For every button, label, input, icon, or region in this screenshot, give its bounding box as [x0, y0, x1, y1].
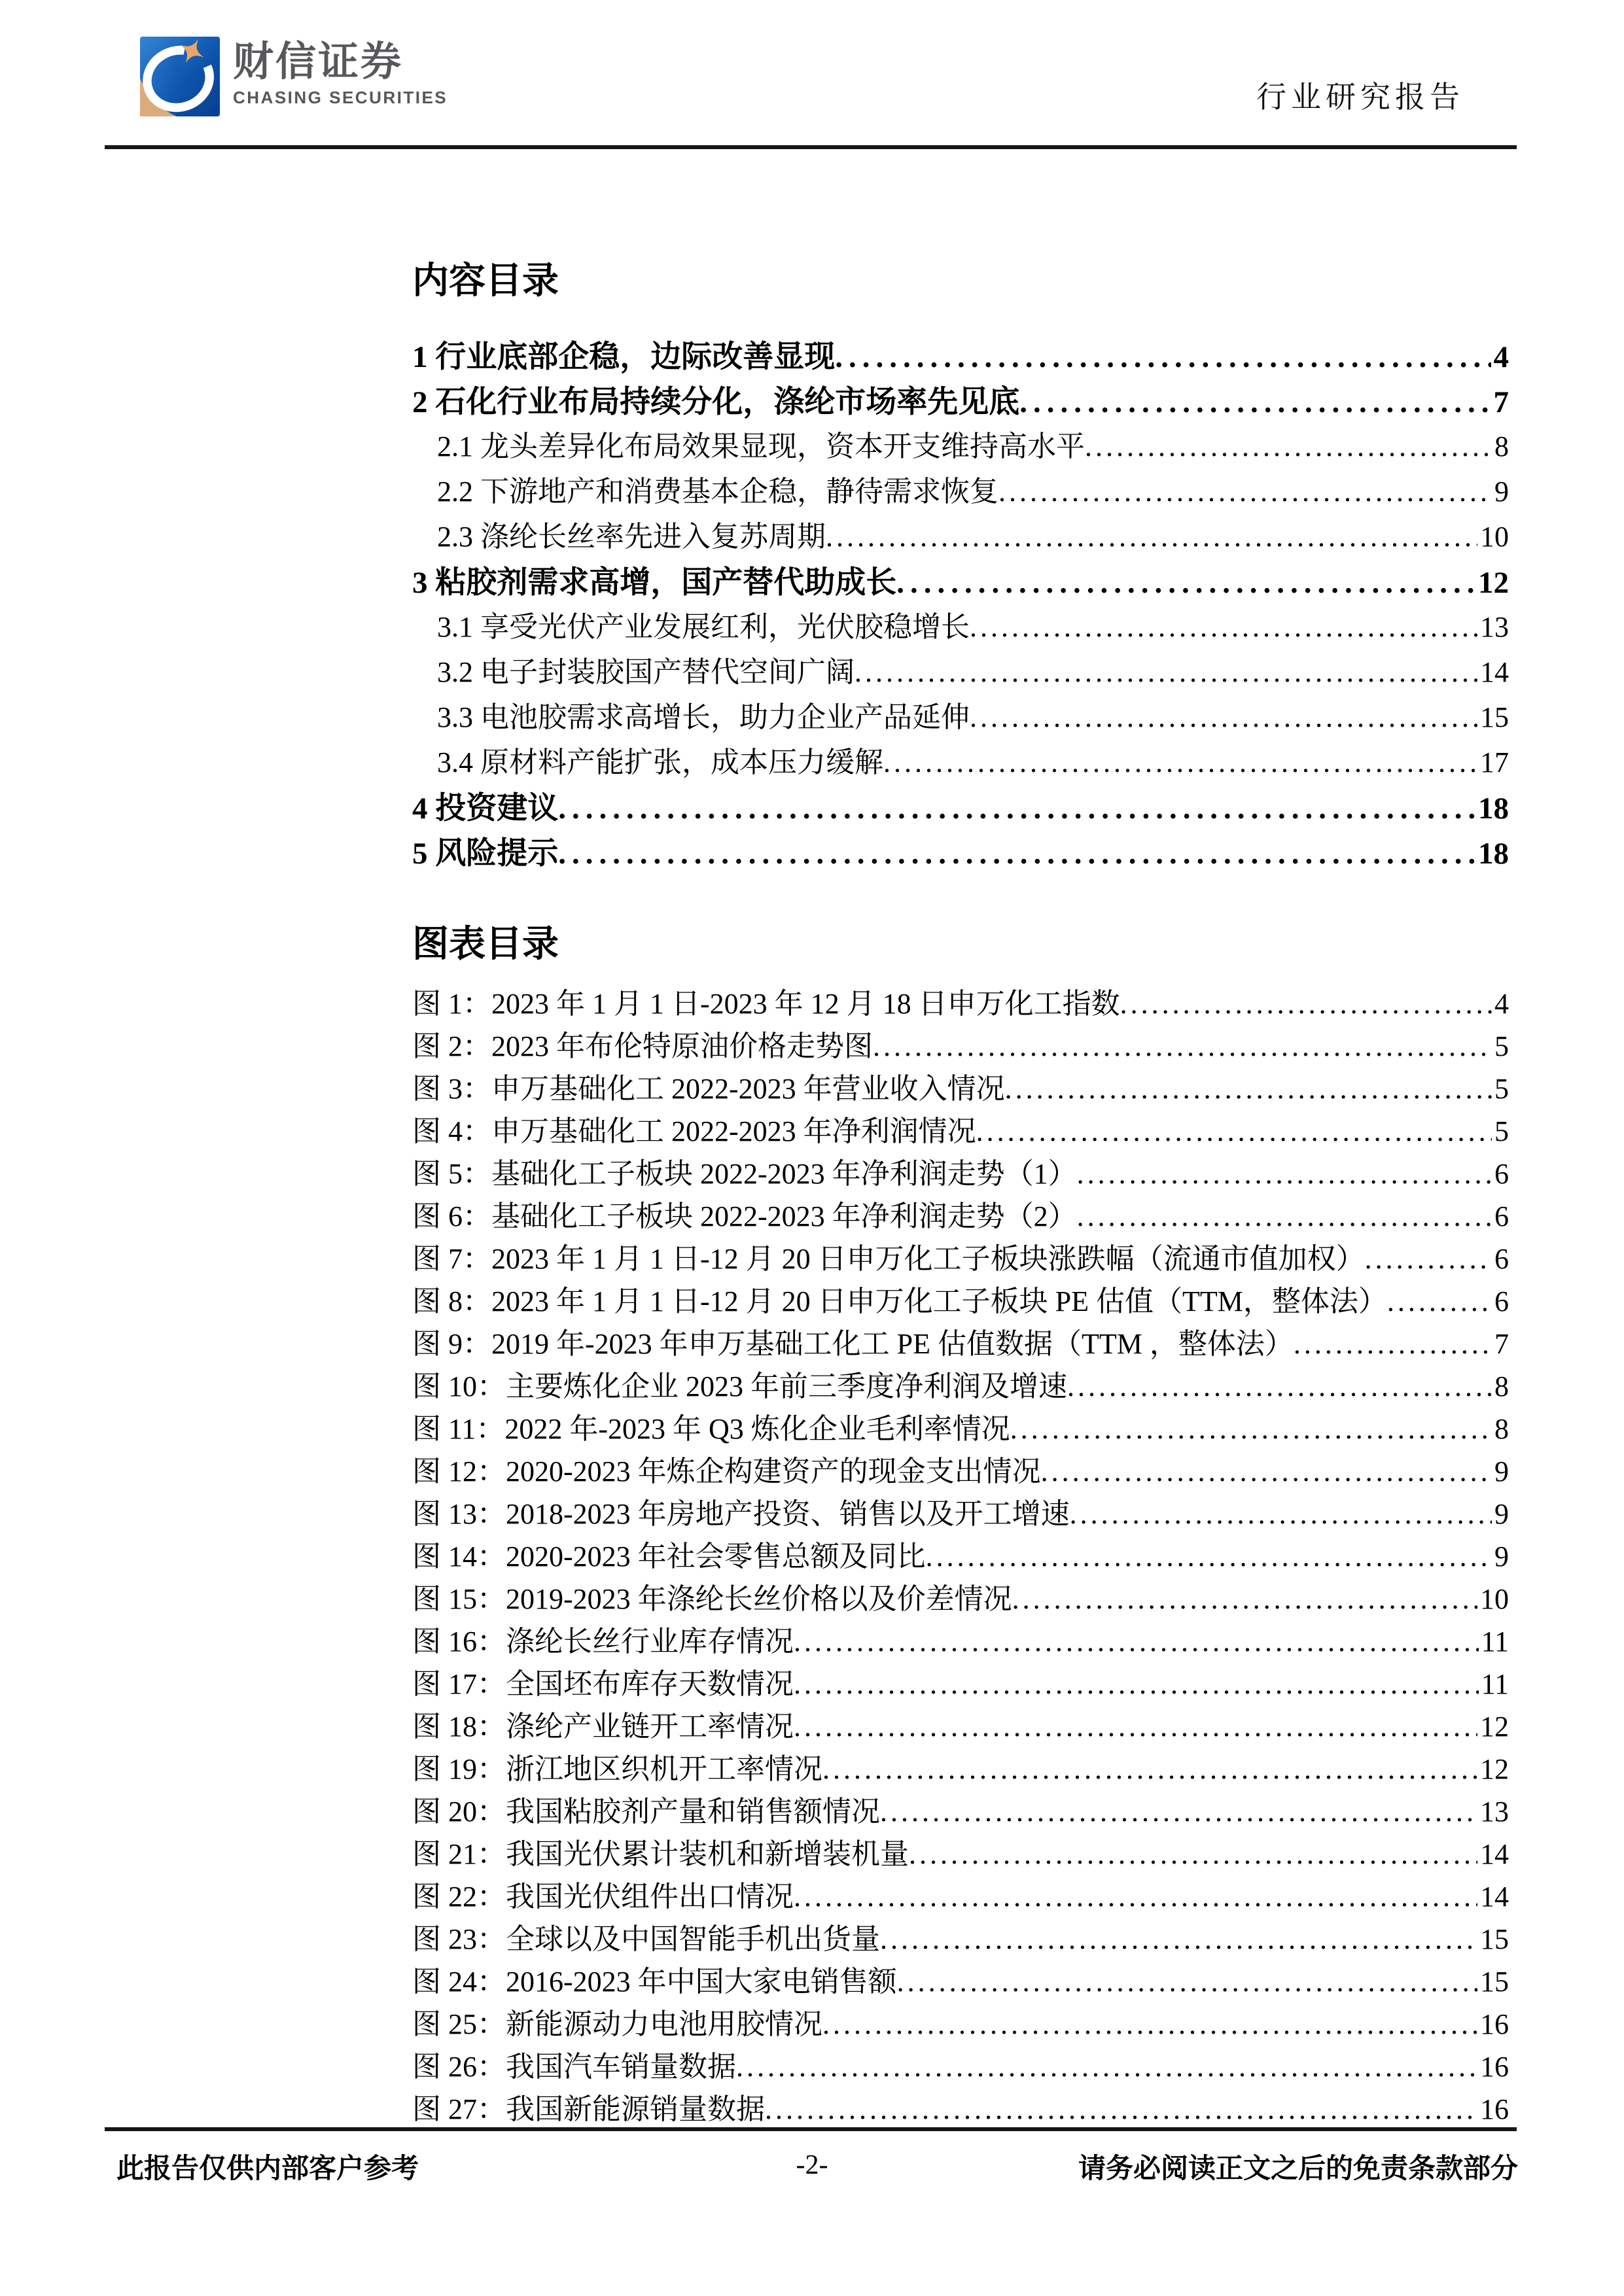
figure-entry-page: 16 — [1477, 2093, 1509, 2126]
figure-entry-page: 9 — [1492, 1455, 1509, 1488]
dot-leader — [896, 565, 1475, 600]
figure-entry-label: 图 11：2022 年-2023 年 Q3 炼化企业毛利率情况 — [412, 1405, 1010, 1447]
figure-entry-page: 9 — [1492, 1497, 1509, 1531]
toc-entry: 3.2 电子封装胶国产替代空间广阔14 — [412, 648, 1509, 693]
figure-entry-label: 图 14：2020-2023 年社会零售总额及同比 — [412, 1533, 926, 1574]
figure-entry: 图 21：我国光伏累计装机和新增装机量14 — [412, 1830, 1509, 1873]
figure-entry-page: 5 — [1492, 1072, 1509, 1105]
toc-entry-label: 3.1 享受光伏产业发展红利，光伏胶稳增长 — [437, 603, 970, 645]
figure-entry-page: 16 — [1477, 2008, 1509, 2041]
figure-entry: 图 8：2023 年 1 月 1 日-12 月 20 日申万化工子板块 PE 估… — [412, 1278, 1509, 1320]
dot-leader — [880, 1795, 1477, 1828]
figure-entry: 图 11：2022 年-2023 年 Q3 炼化企业毛利率情况8 — [412, 1405, 1509, 1448]
figure-entry-label: 图 15：2019-2023 年涤纶长丝价格以及价差情况 — [412, 1575, 1012, 1617]
figure-entry: 图 27：我国新能源销量数据16 — [412, 2085, 1509, 2128]
toc-entry-label: 3.4 原材料产能扩张，成本压力缓解 — [437, 739, 883, 780]
figure-entry-page: 4 — [1492, 987, 1509, 1020]
figure-entry-label: 图 3：申万基础化工 2022-2023 年营业收入情况 — [412, 1065, 1005, 1107]
dot-leader — [855, 655, 1477, 689]
figure-entry-label: 图 18：涤纶产业链开工率情况 — [412, 1703, 794, 1745]
figure-entry-label: 图 25：新能源动力电池用胶情况 — [412, 2000, 822, 2042]
figure-entry-page: 9 — [1492, 1540, 1509, 1573]
figure-entry-page: 13 — [1477, 1795, 1509, 1828]
figure-entry-page: 14 — [1477, 1880, 1509, 1913]
figure-entry-page: 12 — [1477, 1752, 1509, 1786]
toc-entry-page: 18 — [1475, 791, 1509, 826]
figure-entry-label: 图 22：我国光伏组件出口情况 — [412, 1873, 794, 1915]
toc-entry-label: 2.1 龙头差异化布局效果显现，资本开支维持高水平 — [437, 423, 1085, 464]
figure-entry-page: 16 — [1477, 2050, 1509, 2083]
toc-entry: 2 石化行业布局持续分化，涤纶市场率先见底7 — [412, 377, 1509, 423]
content-column: 内容目录 1 行业底部企稳，边际改善显现4 2 石化行业布局持续分化，涤纶市场率… — [412, 263, 1509, 2128]
figure-entry-label: 图 17：全国坯布库存天数情况 — [412, 1660, 794, 1702]
figure-entry: 图 20：我国粘胶剂产量和销售额情况13 — [412, 1788, 1509, 1830]
brand-name-en: CHASING SECURITIES — [233, 89, 448, 106]
toc-entry: 3.1 享受光伏产业发展红利，光伏胶稳增长13 — [412, 603, 1509, 648]
figure-entry: 图 18：涤纶产业链开工率情况12 — [412, 1703, 1509, 1745]
figures-title: 图表目录 — [412, 926, 1509, 963]
figure-list: 图 1：2023 年 1 月 1 日-2023 年 12 月 18 日申万化工指… — [412, 980, 1509, 2128]
toc-entry: 2.3 涤纶长丝率先进入复苏周期10 — [412, 513, 1509, 558]
toc-entry-page: 8 — [1492, 430, 1509, 463]
toc-list: 1 行业底部企稳，边际改善显现4 2 石化行业布局持续分化，涤纶市场率先见底7 … — [412, 332, 1509, 874]
dot-leader — [998, 475, 1492, 508]
footer-divider — [105, 2127, 1517, 2131]
toc-entry: 3 粘胶剂需求高增，国产替代助成长12 — [412, 558, 1509, 603]
toc-entry-label: 1 行业底部企稳，边际改善显现 — [412, 332, 835, 376]
dot-leader — [736, 2050, 1477, 2083]
dot-leader — [909, 1837, 1477, 1871]
figure-entry-label: 图 9：2019 年-2023 年申万基础工化工 PE 估值数据（TTM ，整体… — [412, 1320, 1294, 1362]
figure-entry-label: 图 8：2023 年 1 月 1 日-12 月 20 日申万化工子板块 PE 估… — [412, 1278, 1387, 1319]
figure-entry: 图 22：我国光伏组件出口情况14 — [412, 1873, 1509, 1915]
header-divider — [105, 145, 1517, 149]
figure-entry-page: 5 — [1492, 1030, 1509, 1063]
toc-title: 内容目录 — [412, 263, 1509, 300]
figure-entry-page: 6 — [1492, 1285, 1509, 1318]
toc-entry-page: 14 — [1477, 655, 1509, 689]
dot-leader — [1005, 1072, 1492, 1105]
toc-entry-label: 2 石化行业布局持续分化，涤纶市场率先见底 — [412, 377, 1019, 421]
figure-entry-label: 图 16：涤纶长丝行业库存情况 — [412, 1618, 794, 1660]
toc-entry-label: 2.3 涤纶长丝率先进入复苏周期 — [437, 513, 826, 555]
figure-entry-page: 6 — [1492, 1242, 1509, 1276]
toc-entry-page: 12 — [1475, 565, 1509, 600]
figure-entry: 图 14：2020-2023 年社会零售总额及同比9 — [412, 1533, 1509, 1575]
dot-leader — [765, 2093, 1477, 2126]
figure-entry-label: 图 23：全球以及中国智能手机出货量 — [412, 1915, 880, 1957]
dot-leader — [558, 791, 1475, 826]
figure-entry-label: 图 10：主要炼化企业 2023 年前三季度净利润及增速 — [412, 1363, 1067, 1404]
dot-leader — [1085, 430, 1492, 463]
figure-entry-label: 图 19：浙江地区织机开工率情况 — [412, 1745, 822, 1787]
figure-entry: 图 13：2018-2023 年房地产投资、销售以及开工增速9 — [412, 1490, 1509, 1533]
figure-entry-label: 图 13：2018-2023 年房地产投资、销售以及开工增速 — [412, 1490, 1070, 1532]
figure-entry-label: 图 20：我国粘胶剂产量和销售额情况 — [412, 1788, 880, 1830]
toc-entry-label: 3.3 电池胶需求高增长，助力企业产品延伸 — [437, 693, 970, 735]
figure-entry: 图 23：全球以及中国智能手机出货量15 — [412, 1915, 1509, 1958]
figure-entry-label: 图 2：2023 年布伦特原油价格走势图 — [412, 1022, 873, 1064]
dot-leader — [835, 339, 1491, 375]
chasing-securities-logo-icon — [140, 37, 220, 116]
figure-entry-page: 8 — [1492, 1370, 1509, 1403]
dot-leader — [970, 610, 1477, 644]
toc-entry: 4 投资建议18 — [412, 784, 1509, 829]
figure-entry: 图 4：申万基础化工 2022-2023 年净利润情况5 — [412, 1107, 1509, 1150]
dot-leader — [883, 746, 1477, 779]
figure-entry: 图 26：我国汽车销量数据16 — [412, 2043, 1509, 2085]
dot-leader — [976, 1115, 1492, 1148]
figure-entry-page: 11 — [1479, 1667, 1509, 1701]
toc-entry-page: 7 — [1491, 385, 1509, 420]
brand-block: 财信证券 CHASING SECURITIES — [233, 41, 448, 106]
dot-leader — [826, 520, 1477, 553]
dot-leader — [822, 2008, 1477, 2041]
dot-leader — [1019, 385, 1491, 420]
dot-leader — [1077, 1200, 1492, 1233]
figure-entry-label: 图 7：2023 年 1 月 1 日-12 月 20 日申万化工子板块涨跌幅（流… — [412, 1235, 1365, 1277]
toc-entry-page: 9 — [1492, 475, 1509, 508]
figure-entry-label: 图 26：我国汽车销量数据 — [412, 2043, 736, 2085]
figure-entry-label: 图 1：2023 年 1 月 1 日-2023 年 12 月 18 日申万化工指… — [412, 980, 1120, 1022]
dot-leader — [1387, 1285, 1492, 1318]
toc-entry: 5 风险提示18 — [412, 829, 1509, 874]
dot-leader — [794, 1710, 1477, 1743]
toc-entry-label: 2.2 下游地产和消费基本企稳，静待需求恢复 — [437, 468, 998, 510]
figure-entry-label: 图 27：我国新能源销量数据 — [412, 2085, 765, 2127]
figure-entry-page: 12 — [1477, 1710, 1509, 1743]
toc-entry-label: 4 投资建议 — [412, 784, 558, 827]
toc-entry-page: 15 — [1477, 701, 1509, 734]
footer-disclaimer-right: 请务必阅读正文之后的免责条款部分 — [1078, 2147, 1518, 2186]
toc-entry-page: 10 — [1477, 520, 1509, 553]
figure-entry-label: 图 12：2020-2023 年炼企构建资产的现金支出情况 — [412, 1448, 1041, 1489]
report-type-label: 行业研究报告 — [1256, 82, 1464, 113]
brand-name-cn: 财信证券 — [233, 41, 448, 83]
toc-entry: 3.4 原材料产能扩张，成本压力缓解17 — [412, 739, 1509, 784]
dot-leader — [1041, 1455, 1492, 1488]
dot-leader — [794, 1880, 1477, 1913]
dot-leader — [1012, 1582, 1477, 1616]
figure-entry: 图 24：2016-2023 年中国大家电销售额15 — [412, 1958, 1509, 2000]
dot-leader — [794, 1667, 1479, 1701]
dot-leader — [873, 1030, 1492, 1063]
figure-entry: 图 2：2023 年布伦特原油价格走势图5 — [412, 1022, 1509, 1065]
dot-leader — [1120, 987, 1492, 1020]
toc-entry-label: 3.2 电子封装胶国产替代空间广阔 — [437, 648, 855, 690]
figure-entry: 图 5：基础化工子板块 2022-2023 年净利润走势（1）6 — [412, 1150, 1509, 1192]
toc-entry-page: 4 — [1491, 339, 1509, 375]
figure-entry: 图 6：基础化工子板块 2022-2023 年净利润走势（2）6 — [412, 1192, 1509, 1235]
figure-entry: 图 15：2019-2023 年涤纶长丝价格以及价差情况10 — [412, 1575, 1509, 1618]
report-page: 财信证券 CHASING SECURITIES 行业研究报告 内容目录 1 行业… — [0, 0, 1624, 2296]
toc-entry: 2.1 龙头差异化布局效果显现，资本开支维持高水平8 — [412, 423, 1509, 468]
figure-entry-page: 11 — [1479, 1625, 1509, 1658]
dot-leader — [1365, 1242, 1492, 1276]
toc-entry-label: 5 风险提示 — [412, 829, 558, 873]
figure-entry-page: 7 — [1492, 1327, 1509, 1361]
figure-entry-label: 图 24：2016-2023 年中国大家电销售额 — [412, 1958, 897, 2000]
dot-leader — [880, 1922, 1477, 1956]
figure-entry: 图 7：2023 年 1 月 1 日-12 月 20 日申万化工子板块涨跌幅（流… — [412, 1235, 1509, 1278]
figure-entry-label: 图 6：基础化工子板块 2022-2023 年净利润走势（2） — [412, 1192, 1077, 1234]
dot-leader — [822, 1752, 1477, 1786]
dot-leader — [794, 1625, 1479, 1658]
figure-entry: 图 19：浙江地区织机开工率情况12 — [412, 1745, 1509, 1788]
figure-entry: 图 12：2020-2023 年炼企构建资产的现金支出情况9 — [412, 1448, 1509, 1490]
toc-entry-page: 13 — [1477, 610, 1509, 644]
figure-entry: 图 9：2019 年-2023 年申万基础工化工 PE 估值数据（TTM ，整体… — [412, 1320, 1509, 1363]
toc-entry-page: 18 — [1475, 836, 1509, 871]
figure-entry: 图 25：新能源动力电池用胶情况16 — [412, 2000, 1509, 2043]
figure-entry-label: 图 21：我国光伏累计装机和新增装机量 — [412, 1830, 909, 1872]
figure-entry-page: 5 — [1492, 1115, 1509, 1148]
figure-entry: 图 16：涤纶长丝行业库存情况11 — [412, 1618, 1509, 1660]
toc-entry: 1 行业底部企稳，边际改善显现4 — [412, 332, 1509, 377]
figure-entry-label: 图 4：申万基础化工 2022-2023 年净利润情况 — [412, 1107, 976, 1149]
dot-leader — [970, 701, 1477, 734]
figure-entry: 图 10：主要炼化企业 2023 年前三季度净利润及增速8 — [412, 1363, 1509, 1405]
figure-entry-page: 6 — [1492, 1157, 1509, 1191]
dot-leader — [1010, 1412, 1492, 1446]
figure-entry-page: 10 — [1477, 1582, 1509, 1616]
dot-leader — [1077, 1157, 1492, 1191]
toc-entry: 3.3 电池胶需求高增长，助力企业产品延伸15 — [412, 693, 1509, 739]
dot-leader — [926, 1540, 1492, 1573]
figure-entry-page: 14 — [1477, 1837, 1509, 1871]
figure-entry: 图 1：2023 年 1 月 1 日-2023 年 12 月 18 日申万化工指… — [412, 980, 1509, 1022]
figure-entry-page: 15 — [1477, 1965, 1509, 1998]
dot-leader — [897, 1965, 1477, 1998]
dot-leader — [1067, 1370, 1492, 1403]
figure-entry: 图 17：全国坯布库存天数情况11 — [412, 1660, 1509, 1703]
dot-leader — [1294, 1327, 1492, 1361]
figure-entry-page: 6 — [1492, 1200, 1509, 1233]
toc-entry: 2.2 下游地产和消费基本企稳，静待需求恢复9 — [412, 468, 1509, 513]
dot-leader — [558, 836, 1475, 871]
figure-entry: 图 3：申万基础化工 2022-2023 年营业收入情况5 — [412, 1065, 1509, 1107]
toc-entry-label: 3 粘胶剂需求高增，国产替代助成长 — [412, 558, 896, 602]
figure-entry-page: 8 — [1492, 1412, 1509, 1446]
toc-entry-page: 17 — [1477, 746, 1509, 779]
figure-entry-page: 15 — [1477, 1922, 1509, 1956]
figure-entry-label: 图 5：基础化工子板块 2022-2023 年净利润走势（1） — [412, 1150, 1077, 1192]
dot-leader — [1070, 1497, 1492, 1531]
